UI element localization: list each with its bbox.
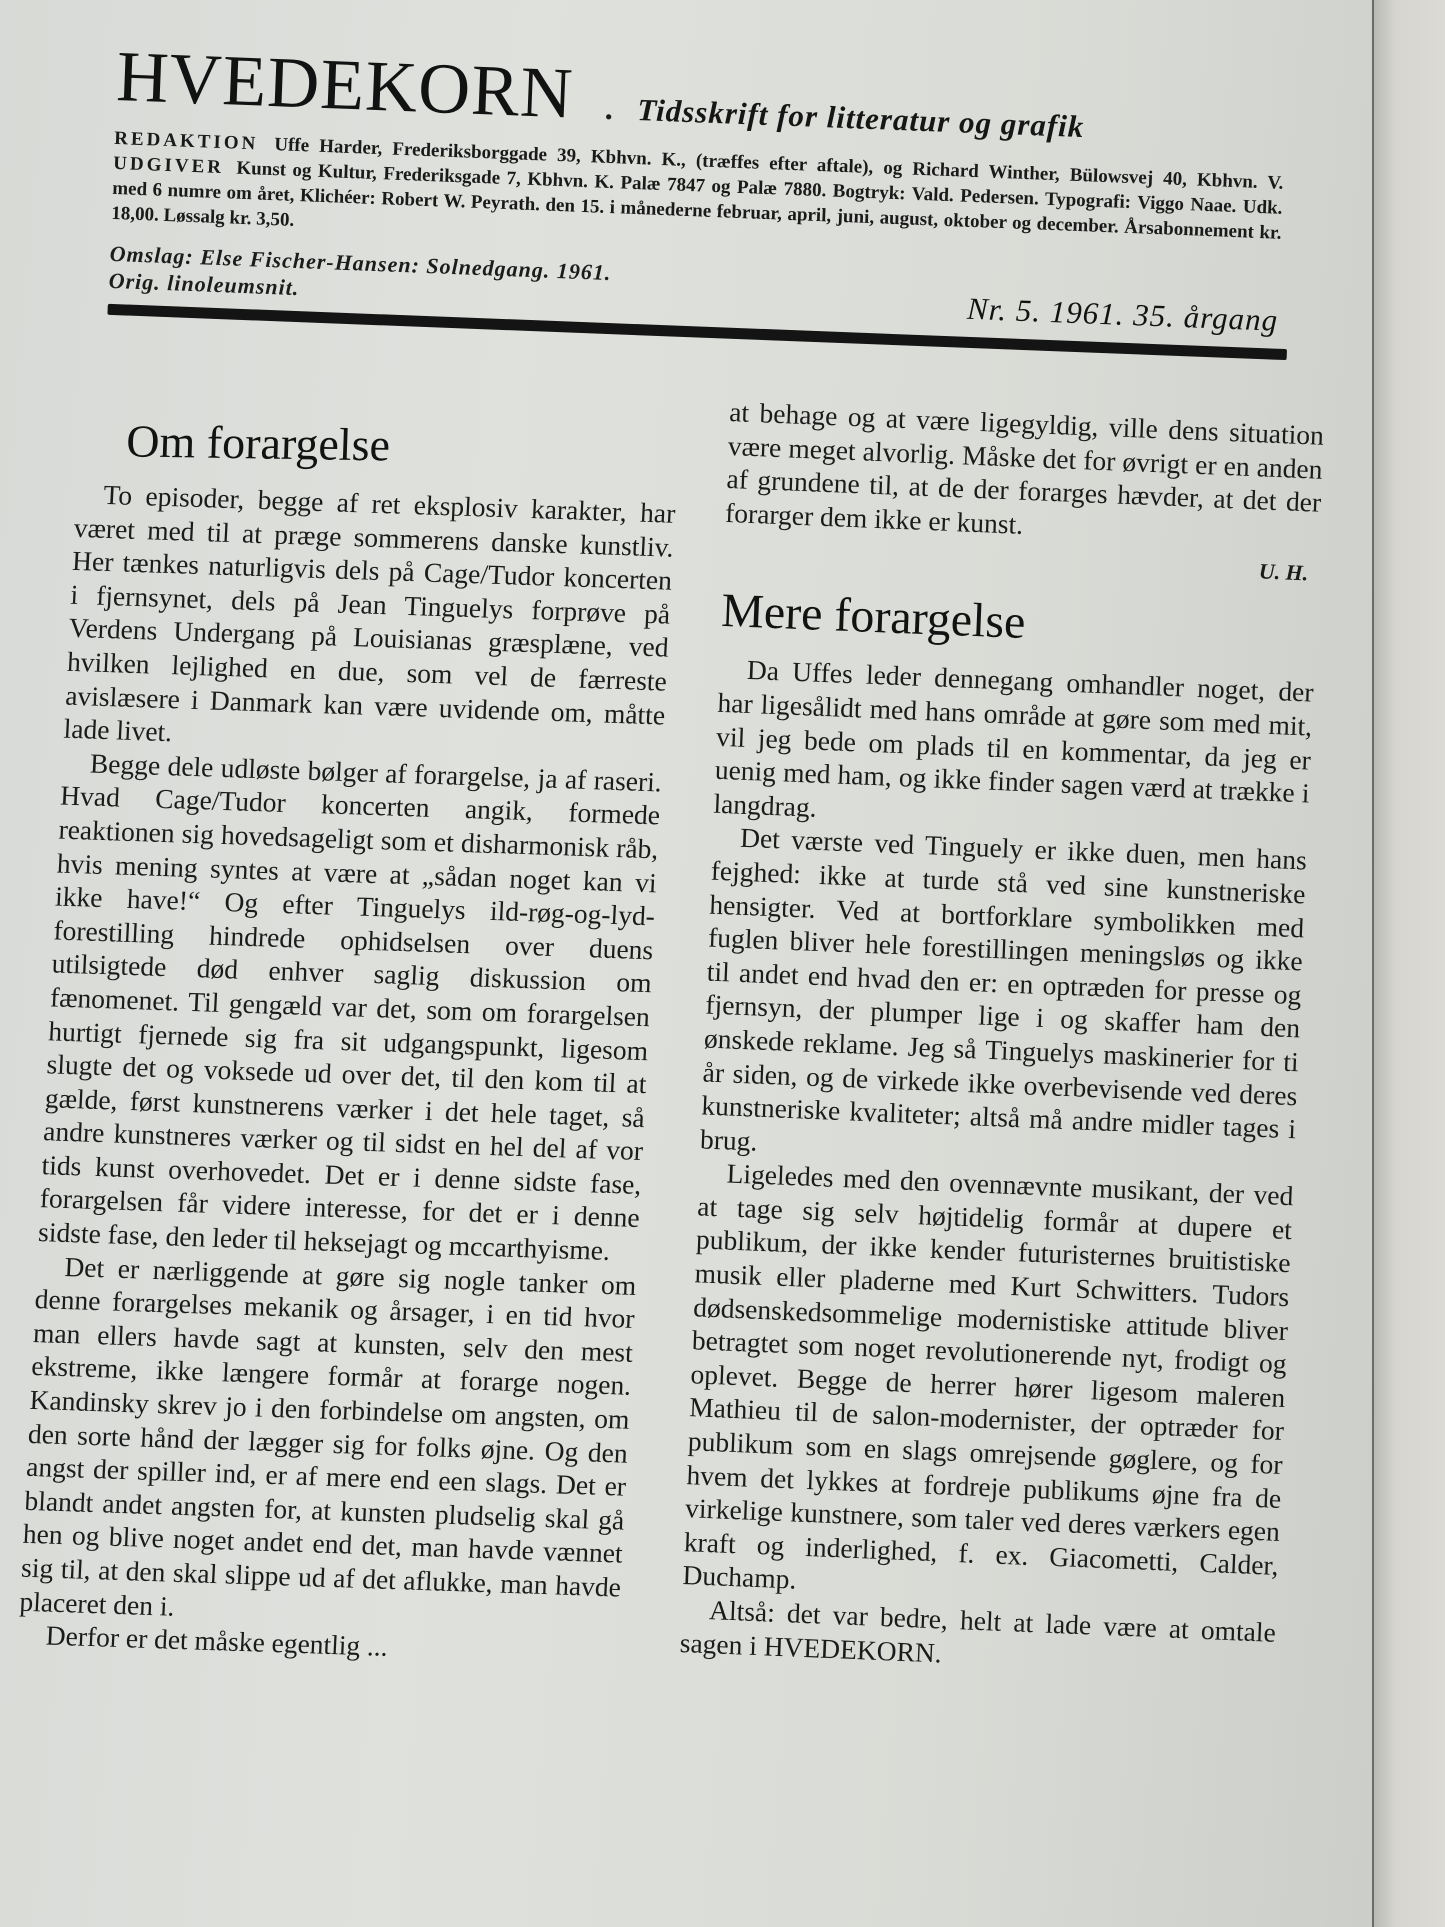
- magazine-title: HVEDEKORN: [115, 40, 574, 129]
- cover-credit: Omslag: Else Fischer-Hansen: Solnedgang.…: [108, 240, 612, 313]
- udgiver-label: UDGIVER: [113, 153, 224, 178]
- magazine-page: HVEDEKORN . Tidsskrift for litteratur og…: [0, 0, 1372, 1927]
- masthead: HVEDEKORN . Tidsskrift for litteratur og…: [107, 40, 1297, 360]
- article-paragraph: Ligeledes med den ovennævnte musikant, d…: [682, 1156, 1294, 1616]
- issue-number: Nr. 5. 1961. 35. årgang: [966, 291, 1278, 339]
- article-heading-om-forargelse: Om forargelse: [126, 414, 680, 476]
- magazine-subtitle: Tidsskrift for litteratur og grafik: [637, 92, 1085, 145]
- article-paragraph: Da Uffes leder dennegang omhandler noget…: [713, 652, 1314, 844]
- article-paragraph: Det værste ved Tinguely er ikke duen, me…: [699, 820, 1307, 1180]
- left-column: Om forargelse To episoder, begge af ret …: [17, 408, 680, 1671]
- redaktion-label: REDAKTION: [114, 128, 259, 155]
- title-separator: .: [602, 83, 616, 129]
- article-paragraph: Begge dele udløste bølger af forargelse,…: [37, 745, 662, 1268]
- right-column: at behage og at være ligegyldig, ville d…: [679, 395, 1324, 1683]
- article-paragraph: Det er nærliggende at gøre sig nogle tan…: [19, 1249, 637, 1638]
- article-continuation: at behage og at være ligegyldig, ville d…: [725, 395, 1325, 553]
- article-paragraph: To episoder, begge af ret eksplosiv kara…: [63, 477, 676, 765]
- article-heading-mere-forargelse: Mere forargelse: [720, 583, 1317, 662]
- adjacent-page-edge: [1372, 0, 1445, 1927]
